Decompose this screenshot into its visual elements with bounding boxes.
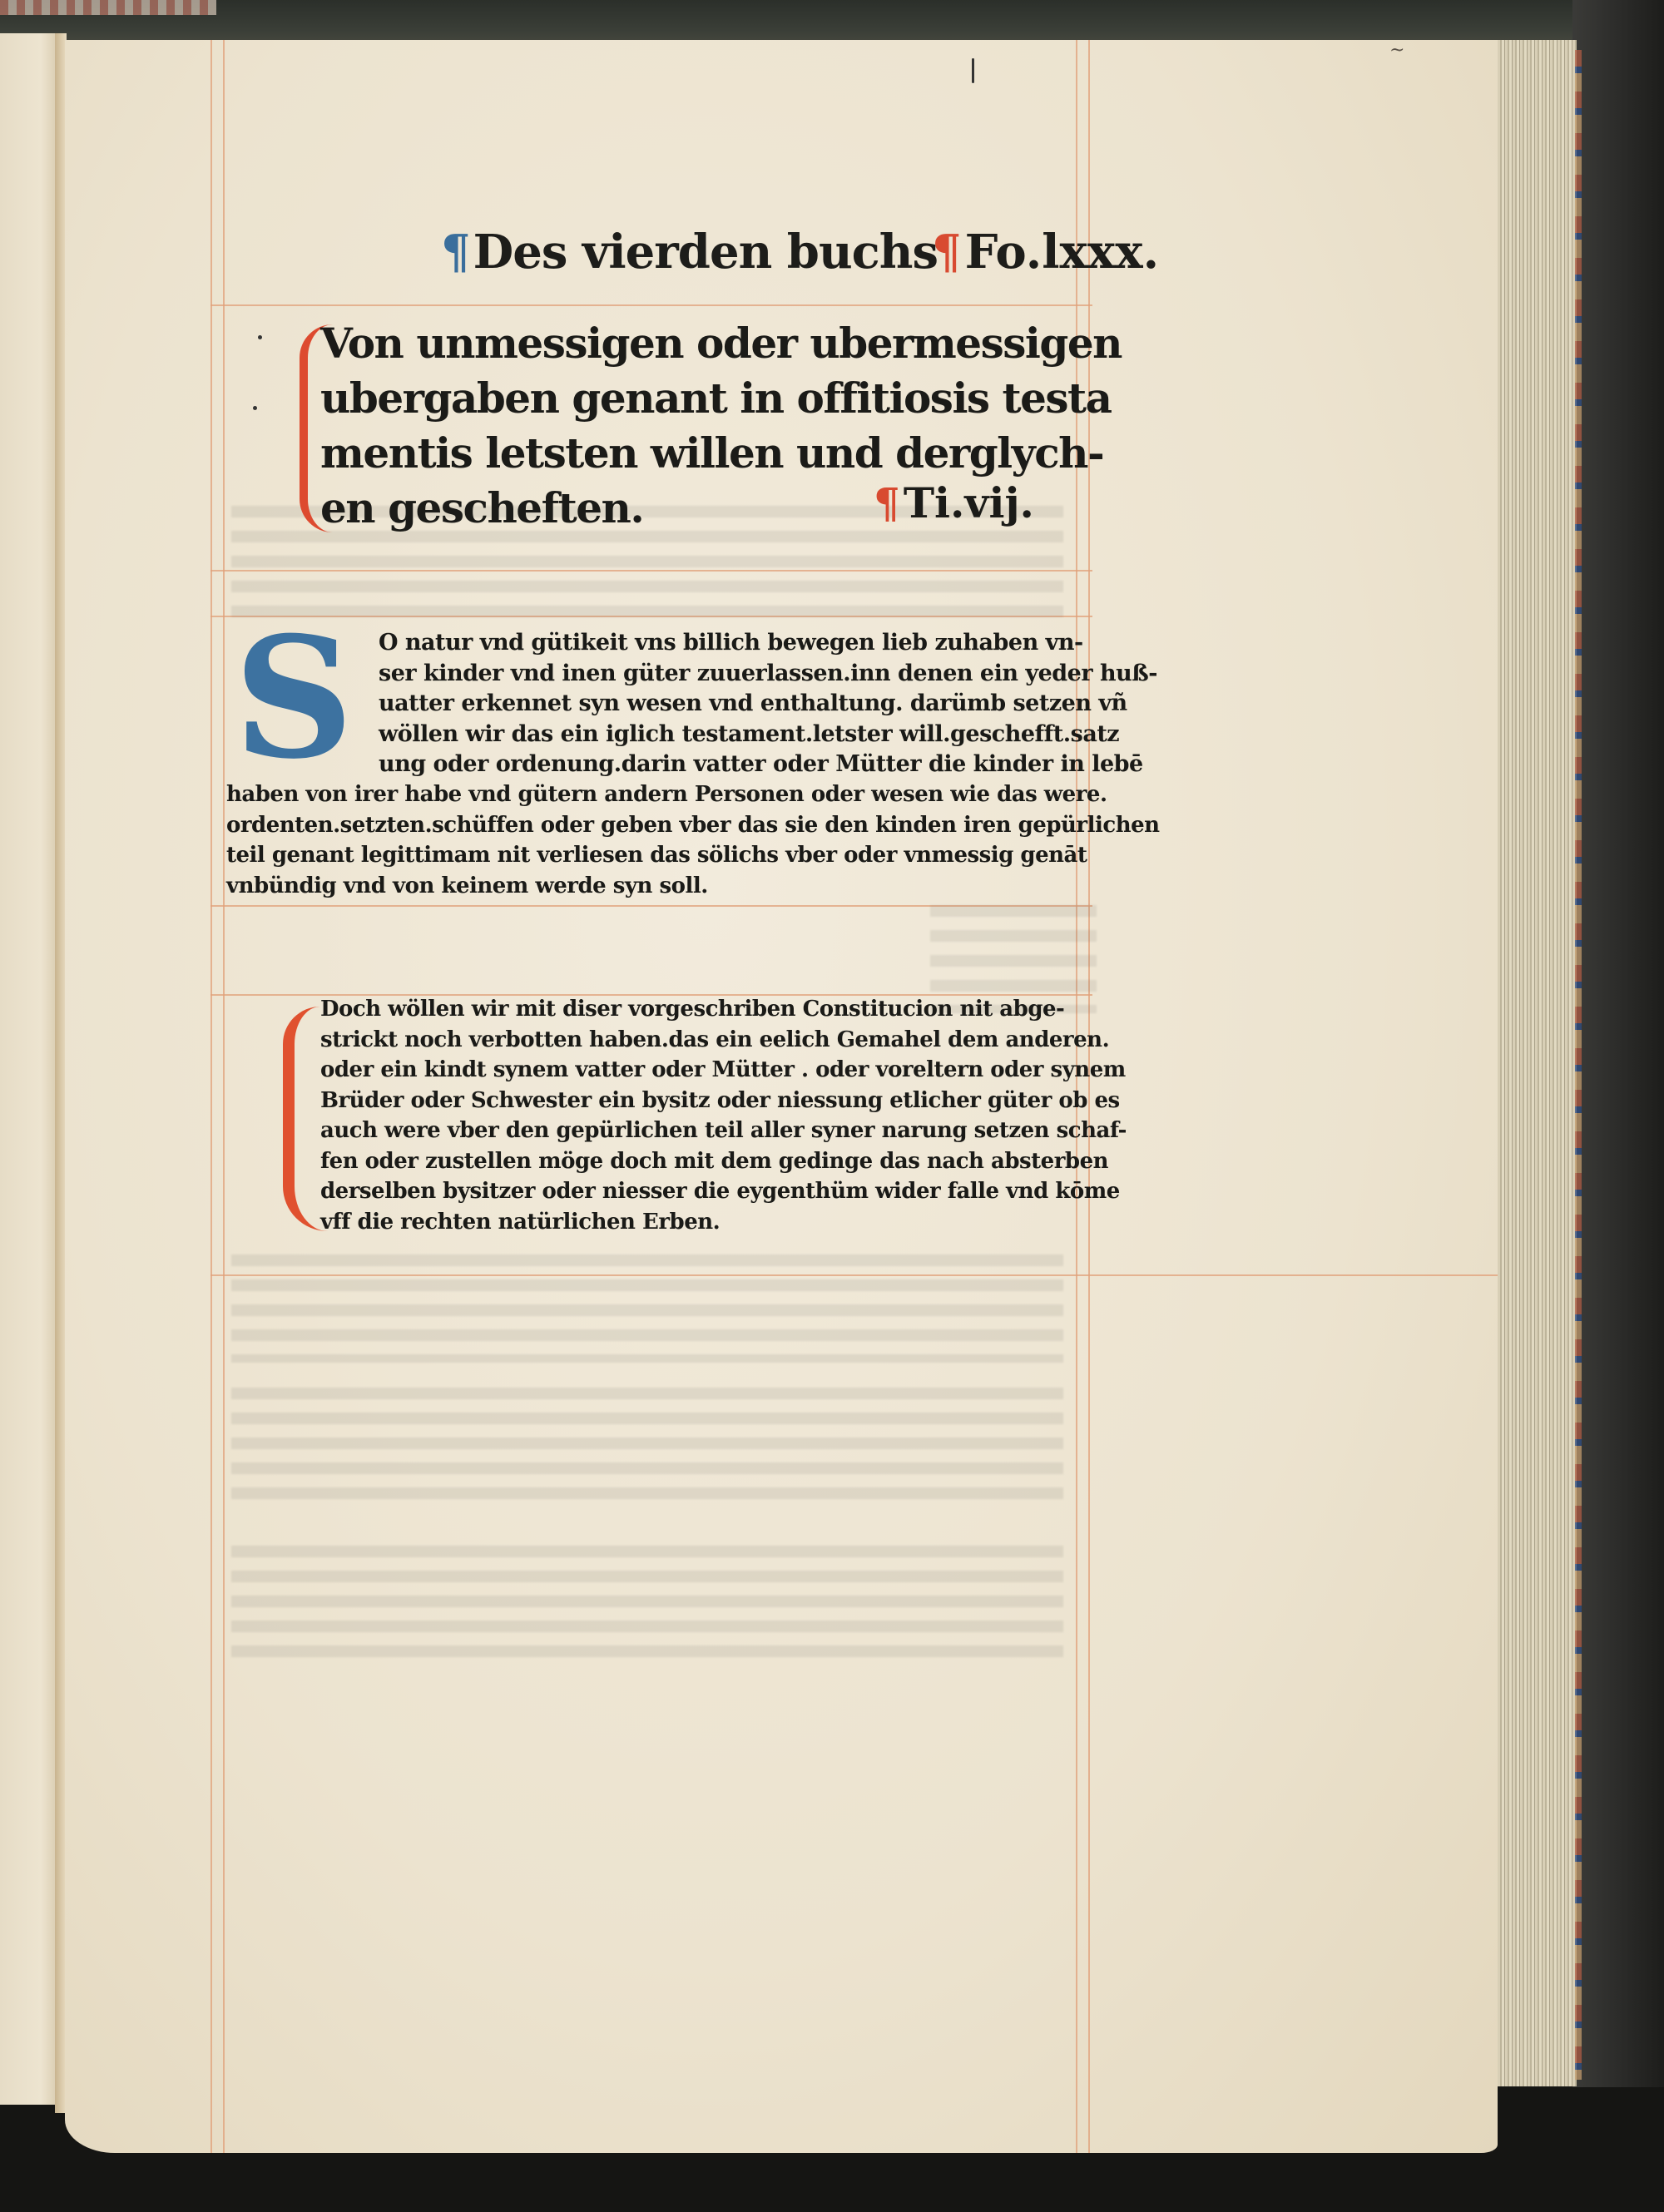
pilcrow-icon: ¶ xyxy=(441,225,470,280)
stray-mark xyxy=(253,406,257,410)
book-cover-right xyxy=(1572,0,1664,2212)
text-line: Doch wöllen wir mit diser vorgeschriben … xyxy=(320,994,1127,1025)
stray-mark xyxy=(972,58,974,83)
chapter-ref-text: Ti.vij. xyxy=(904,478,1034,527)
paragraph-2: Doch wöllen wir mit diser vorgeschriben … xyxy=(320,994,1127,1237)
text-line: Brüder oder Schwester ein bysitz oder ni… xyxy=(320,1086,1127,1116)
text-line: vnbündig vnd von keinem werde syn soll. xyxy=(226,871,1160,902)
running-head: ¶Des vierden buchs xyxy=(441,225,938,280)
facing-page-edge xyxy=(0,33,58,2105)
page-stack-colored-edge xyxy=(1575,50,1582,2080)
paragraph-1-indented: O natur vnd gütikeit vns billich bewegen… xyxy=(379,628,1157,780)
ruling-line xyxy=(210,40,212,2153)
text-line: vff die rechten natürlichen Erben. xyxy=(320,1207,1127,1238)
title-line: mentis letsten willen und derglych- xyxy=(320,426,1052,481)
running-head-text: Des vierden buchs xyxy=(473,225,938,280)
show-through-text xyxy=(231,1546,1063,1662)
folio-text: Fo.lxxx. xyxy=(965,225,1160,280)
page-stack-fore-edge xyxy=(1498,40,1577,2086)
text-line: oder ein kindt synem vatter oder Mütter … xyxy=(320,1055,1127,1086)
text-line: haben von irer habe vnd gütern andern Pe… xyxy=(226,779,1160,810)
handwritten-annotation: ~ xyxy=(1389,40,1404,61)
pilcrow-icon: ¶ xyxy=(932,225,962,280)
headband xyxy=(0,0,216,15)
text-line: uatter erkennet syn wesen vnd enthaltung… xyxy=(379,689,1157,720)
folio-number: ¶Fo.lxxx. xyxy=(932,225,1159,280)
text-line: O natur vnd gütikeit vns billich bewegen… xyxy=(379,628,1157,659)
text-line: ordenten.setzten.schüffen oder geben vbe… xyxy=(226,810,1160,841)
title-line: Von unmessigen oder ubermessigen xyxy=(320,316,1052,371)
text-line: wöllen wir das ein iglich testament.lets… xyxy=(379,720,1157,750)
text-line: derselben bysitzer oder niesser die eyge… xyxy=(320,1176,1127,1207)
text-line: fen oder zustellen möge doch mit dem ged… xyxy=(320,1146,1127,1177)
ruling-line xyxy=(210,304,1092,306)
pilcrow-icon: ¶ xyxy=(874,478,900,527)
show-through-text xyxy=(231,1254,1063,1363)
title-line: ubergaben genant in offitiosis testa xyxy=(320,371,1052,426)
text-line: ung oder ordenung.darin vatter oder Mütt… xyxy=(379,750,1157,780)
decorated-initial-blue: S xyxy=(215,620,373,778)
text-line: teil genant legittimam nit verliesen das… xyxy=(226,840,1160,871)
ruling-line xyxy=(223,40,225,2153)
show-through-text xyxy=(231,1388,1063,1504)
paragraph-1-full: haben von irer habe vnd gütern andern Pe… xyxy=(226,779,1160,901)
chapter-reference: ¶Ti.vij. xyxy=(874,478,1034,527)
text-line: strickt noch verbotten haben.das ein eel… xyxy=(320,1025,1127,1056)
stray-mark xyxy=(258,335,262,339)
text-line: ser kinder vnd inen güter zuuerlassen.in… xyxy=(379,659,1157,690)
text-line: auch were vber den gepürlichen teil alle… xyxy=(320,1116,1127,1146)
